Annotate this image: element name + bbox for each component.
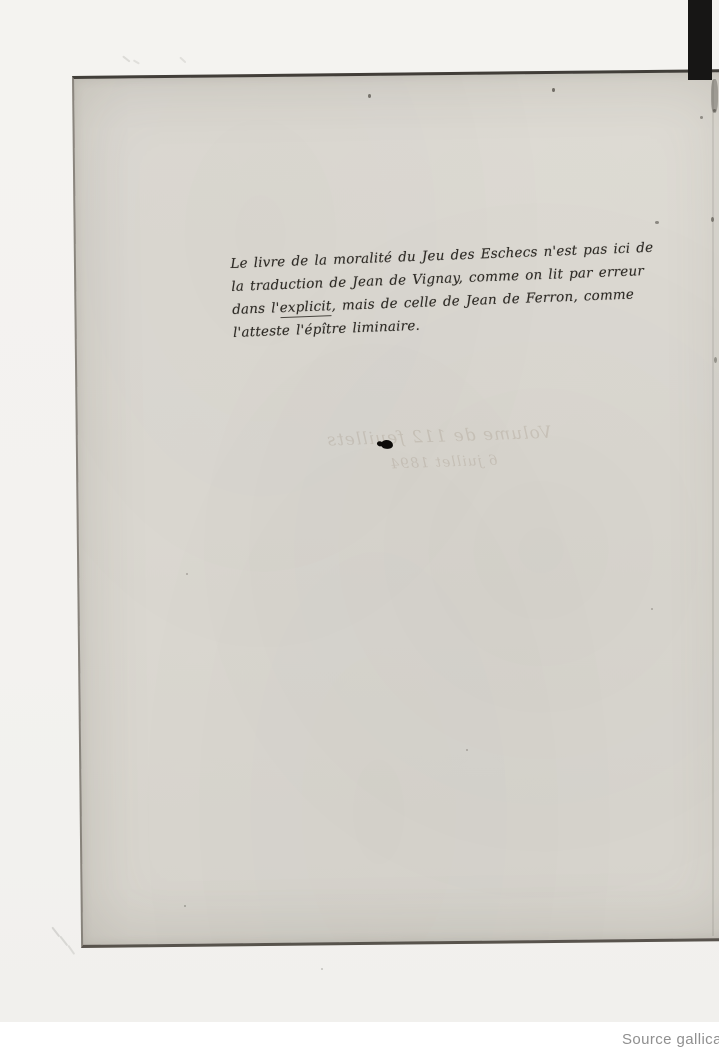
note-line-3-pre: dans l' [232,300,280,318]
binding-strip [688,0,712,80]
ink-speck [713,109,716,112]
ink-speck [651,608,653,610]
underlined-word-explicit: explicit [279,298,331,317]
pencil-mark [133,59,140,64]
handwritten-note: Le livre de la moralité du Jeu des Esche… [230,236,663,344]
footer-band: Source gallica [0,1022,719,1054]
pencil-mark [122,55,130,62]
scan-viewport: Le livre de la moralité du Jeu des Esche… [0,0,719,1054]
ink-speck [184,905,186,907]
page-crease-line [712,80,714,936]
ink-speck [321,968,323,970]
ink-speck [186,573,188,575]
ink-speck [466,749,468,751]
ink-speck [714,357,717,363]
ink-speck [552,88,555,92]
ink-speck [655,221,659,224]
manuscript-page [72,69,719,948]
source-credit-label: Source gallica [622,1031,719,1048]
pencil-mark [60,936,69,946]
pencil-mark [180,57,187,63]
ink-speck [368,94,371,98]
corner-smudge [711,79,718,113]
ink-speck [711,217,714,222]
ink-speck [700,116,703,119]
pencil-mark [68,945,76,955]
